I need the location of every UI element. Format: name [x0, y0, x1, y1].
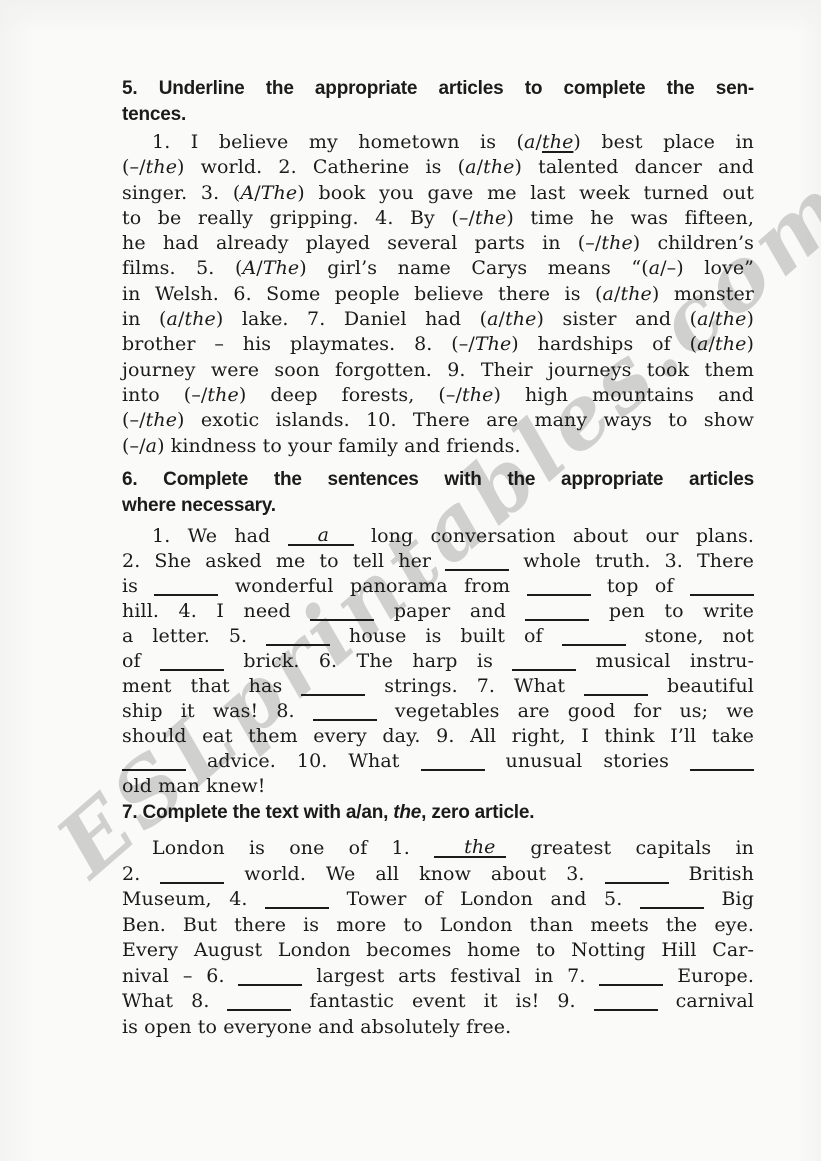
text-segment: the [146, 409, 177, 431]
heading-line: tences. [122, 102, 754, 128]
text-line: films. 5. (A/The) girl’s name Carys mean… [122, 256, 754, 281]
text-segment: paper and [374, 600, 525, 622]
text-segment: brick. 6. The harp is [224, 650, 512, 672]
text-segment: ment that has [122, 675, 301, 697]
answer-blank [605, 867, 669, 884]
text-segment: 1. I believe my hometown is ( [152, 131, 524, 153]
text-line: nival – 6. largest arts festival in 7. E… [122, 964, 754, 990]
text-segment: ship it was! 8. [122, 700, 313, 722]
answer-blank [122, 754, 186, 771]
text-segment: The [263, 257, 299, 279]
answer-blank [599, 969, 663, 986]
answer-blank [227, 994, 291, 1011]
text-segment: top of [591, 575, 690, 597]
answer-text: the [434, 837, 506, 857]
text-line: journey were soon forgotten. 9. Their jo… [122, 358, 754, 383]
text-segment: the [475, 207, 506, 229]
text-line: singer. 3. (A/The) book you gave me last… [122, 181, 754, 206]
text-segment: stone, not [626, 625, 754, 647]
text-line: in Welsh. 6. Some people believe there i… [122, 282, 754, 307]
text-segment: a letter. 5. [122, 625, 266, 647]
text-segment: is [122, 575, 154, 597]
heading-line: 5. Underline the appropriate articles to… [122, 76, 754, 102]
text-segment: the [601, 232, 632, 254]
text-line: advice. 10. What unusual stories [122, 749, 754, 774]
text-segment: hill. 4. I need [122, 600, 310, 622]
answer-filled-blank: a [288, 529, 354, 546]
text-segment: The [261, 182, 297, 204]
answer-blank [512, 654, 576, 671]
text-segment: the [393, 802, 421, 823]
answer-text: a [288, 525, 354, 545]
text-segment: , zero article. [421, 802, 534, 823]
text-line: Museum, 4. Tower of London and 5. Big [122, 887, 754, 913]
text-segment: Big [704, 888, 754, 910]
text-segment: in ( [122, 308, 167, 330]
text-segment: /–) love” [660, 257, 754, 279]
text-segment: (–/ [122, 435, 146, 457]
text-line: into (–/the) deep forests, (–/the) high … [122, 383, 754, 408]
answer-filled-blank: the [434, 841, 506, 858]
text-line: London is one of 1. the greatest capital… [122, 836, 754, 862]
exercise-7-heading: 7. Complete the text with a/an, the, zer… [122, 800, 754, 826]
text-segment: a [487, 308, 498, 330]
text-segment: 5. Underline the appropriate articles to… [122, 78, 754, 99]
text-segment: a [649, 257, 660, 279]
text-line: ship it was! 8. vegetables are good for … [122, 699, 754, 724]
text-segment: world. We all know about 3. [224, 863, 604, 885]
answer-blank [584, 679, 648, 696]
text-segment: a [146, 435, 157, 457]
text-segment: 6. Complete the sentences with the appro… [122, 469, 754, 490]
answer-blank [527, 579, 591, 596]
answer-blank [160, 654, 224, 671]
text-segment: Europe. [663, 965, 754, 987]
text-segment: Ben. But there is more to London than me… [122, 914, 754, 936]
exercise-6-body: 1. We had a long conversation about our … [122, 524, 754, 799]
text-line: to be really gripping. 4. By (–/the) tim… [122, 206, 754, 231]
text-segment: British [669, 863, 755, 885]
answer-blank [265, 892, 329, 909]
text-segment: A [242, 257, 256, 279]
text-line: What 8. fantastic event it is! 9. carniv… [122, 989, 754, 1015]
text-segment: a [524, 131, 535, 153]
text-segment: ) kindness to your family and friends. [157, 435, 521, 457]
text-line: 2. world. We all know about 3. British [122, 862, 754, 888]
heading-line: 7. Complete the text with a/an, the, zer… [122, 800, 754, 826]
text-segment: Museum, 4. [122, 888, 265, 910]
text-segment: the [462, 384, 493, 406]
text-segment: The [475, 333, 511, 355]
text-segment: into (–/ [122, 384, 207, 406]
text-segment: where necessary. [122, 495, 276, 516]
text-segment: 1. We had [152, 525, 288, 547]
text-segment: ) deep forests, (–/ [239, 384, 462, 406]
text-segment: singer. 3. ( [122, 182, 240, 204]
answer-blank [313, 704, 377, 721]
answer-blank [562, 629, 626, 646]
heading-line: 6. Complete the sentences with the appro… [122, 467, 754, 493]
text-segment: (–/ [122, 409, 146, 431]
worksheet-page: { "colors": { "ink": "#1b1b1b", "paper":… [0, 0, 821, 1161]
text-segment: ) [746, 308, 754, 330]
answer-blank [445, 554, 509, 571]
text-segment: should eat them every day. 9. All right,… [122, 725, 754, 747]
text-line: (–/the) world. 2. Catherine is (a/the) t… [122, 155, 754, 180]
text-segment: the [542, 131, 573, 153]
exercise-5-heading: 5. Underline the appropriate articles to… [122, 76, 754, 128]
exercise-5-body: 1. I believe my hometown is (a/the) best… [122, 130, 754, 459]
answer-blank [640, 892, 704, 909]
text-segment: the [207, 384, 238, 406]
text-segment: strings. 7. What [365, 675, 584, 697]
text-segment: the [505, 308, 536, 330]
text-segment: house is built of [330, 625, 561, 647]
text-segment: to be really gripping. 4. By (–/ [122, 207, 475, 229]
text-line: is wonderful panorama from top of [122, 574, 754, 599]
answer-blank [525, 604, 589, 621]
text-segment: ) world. 2. Catherine is ( [177, 156, 465, 178]
text-segment: Every August London becomes home to Nott… [122, 939, 754, 961]
text-segment: the [483, 156, 514, 178]
text-line: Ben. But there is more to London than me… [122, 913, 754, 939]
text-segment: the [715, 308, 746, 330]
text-segment: ) children’s [633, 232, 754, 254]
text-segment: a [697, 308, 708, 330]
text-segment: Tower of London and 5. [329, 888, 640, 910]
text-segment: ) [746, 333, 754, 355]
text-line: (–/the) exotic islands. 10. There are ma… [122, 408, 754, 433]
text-line: hill. 4. I need paper and pen to write [122, 599, 754, 624]
text-segment: wonderful panorama from [218, 575, 526, 597]
text-segment: largest arts festival in 7. [302, 965, 599, 987]
text-segment: beautiful [648, 675, 754, 697]
text-segment: carnival [658, 990, 754, 1012]
exercise-7-body: London is one of 1. the greatest capital… [122, 836, 754, 1040]
text-segment: ) sister and ( [536, 308, 697, 330]
answer-blank [690, 579, 754, 596]
text-segment: is open to everyone and absolutely free. [122, 1016, 511, 1038]
text-segment: ) girl’s name Carys means “( [299, 257, 648, 279]
text-segment: advice. 10. What [186, 750, 421, 772]
text-segment: the [620, 283, 651, 305]
text-segment: a [167, 308, 178, 330]
text-segment: journey were soon forgotten. 9. Their jo… [122, 359, 754, 381]
text-segment: a [603, 283, 614, 305]
answer-blank [301, 679, 365, 696]
text-segment: brother – his playmates. 8. (–/ [122, 333, 475, 355]
answer-blank [266, 629, 330, 646]
text-line: should eat them every day. 9. All right,… [122, 724, 754, 749]
text-segment: the [146, 156, 177, 178]
text-line: 1. I believe my hometown is (a/the) best… [122, 130, 754, 155]
text-segment: greatest capitals in [506, 837, 754, 859]
text-segment: (–/ [122, 156, 146, 178]
text-segment: fantastic event it is! 9. [291, 990, 593, 1012]
text-segment: ) lake. 7. Daniel had ( [216, 308, 487, 330]
text-line: of brick. 6. The harp is musical instru- [122, 649, 754, 674]
text-segment: ) talented dancer and [515, 156, 755, 178]
answer-blank [690, 754, 754, 771]
text-segment: London is one of 1. [152, 837, 434, 859]
text-segment: What 8. [122, 990, 227, 1012]
text-line: (–/a) kindness to your family and friend… [122, 434, 754, 459]
exercise-6-heading: 6. Complete the sentences with the appro… [122, 467, 754, 519]
text-segment: 2. She asked me to tell her [122, 550, 445, 572]
heading-line: where necessary. [122, 493, 754, 519]
text-segment: old man knew! [122, 775, 266, 797]
text-segment: ) best place in [573, 131, 754, 153]
text-line: a letter. 5. house is built of stone, no… [122, 624, 754, 649]
text-segment: the [715, 333, 746, 355]
text-line: 1. We had a long conversation about our … [122, 524, 754, 549]
answer-blank [154, 579, 218, 596]
text-segment: ) book you gave me last week turned out [297, 182, 754, 204]
text-segment: he had already played several parts in (… [122, 232, 601, 254]
text-segment: of [122, 650, 160, 672]
answer-blank [160, 867, 224, 884]
text-segment: musical instru- [576, 650, 754, 672]
text-line: old man knew! [122, 774, 754, 799]
answer-blank [594, 994, 658, 1011]
text-line: is open to everyone and absolutely free. [122, 1015, 754, 1041]
text-line: ment that has strings. 7. What beautiful [122, 674, 754, 699]
text-segment: ) exotic islands. 10. There are many way… [177, 409, 754, 431]
text-line: in (a/the) lake. 7. Daniel had (a/the) s… [122, 307, 754, 332]
text-segment: a [465, 156, 476, 178]
text-segment: long conversation about our plans. [354, 525, 754, 547]
text-segment: A [240, 182, 254, 204]
text-segment: tences. [122, 104, 186, 125]
text-segment: 2. [122, 863, 160, 885]
text-segment: ) time he was fifteen, [506, 207, 754, 229]
text-segment: unusual stories [485, 750, 690, 772]
text-segment: ) high mountains and [493, 384, 754, 406]
text-segment: vegetables are good for us; we [377, 700, 754, 722]
text-segment: films. 5. ( [122, 257, 242, 279]
text-segment: nival – 6. [122, 965, 238, 987]
answer-blank [421, 754, 485, 771]
text-segment: pen to write [589, 600, 754, 622]
text-segment: whole truth. 3. There [509, 550, 754, 572]
text-segment: the [184, 308, 215, 330]
answer-blank [238, 969, 302, 986]
text-segment: ) monster [652, 283, 754, 305]
text-segment: a [697, 333, 708, 355]
text-line: brother – his playmates. 8. (–/The) hard… [122, 332, 754, 357]
text-line: he had already played several parts in (… [122, 231, 754, 256]
text-segment: ) hardships of ( [511, 333, 697, 355]
text-segment: 7. Complete the text with a/an, [122, 802, 393, 823]
answer-blank [310, 604, 374, 621]
text-segment: in Welsh. 6. Some people believe there i… [122, 283, 603, 305]
text-line: Every August London becomes home to Nott… [122, 938, 754, 964]
text-line: 2. She asked me to tell her whole truth.… [122, 549, 754, 574]
